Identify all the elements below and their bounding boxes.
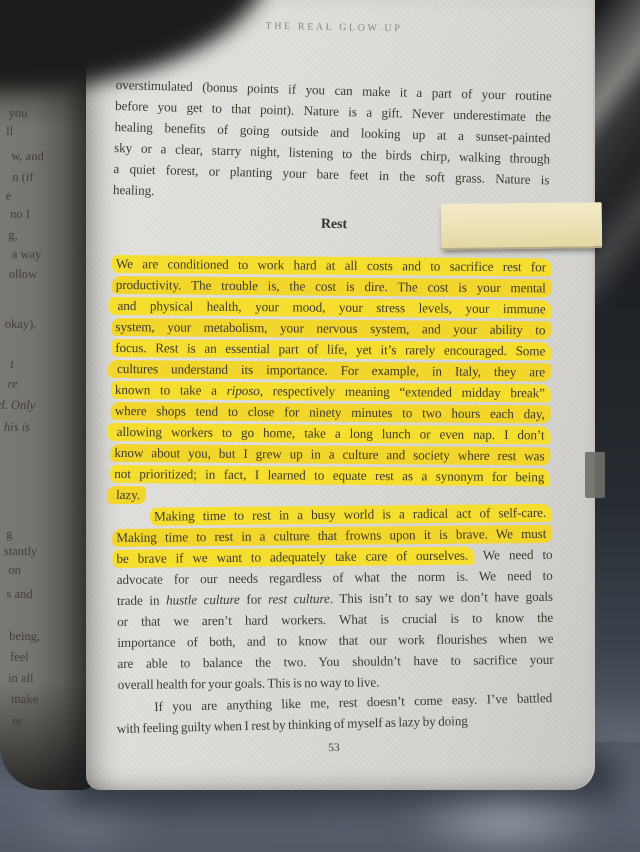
paragraph-rest-highlighted: We are conditioned to work hard at all c… bbox=[114, 253, 552, 508]
text-fragment: being, bbox=[9, 629, 40, 644]
text-fragment: on bbox=[8, 563, 21, 578]
highlight-stroke: focus. Rest is an essential part of life… bbox=[111, 339, 551, 360]
text-fragment: stantly bbox=[4, 544, 38, 559]
right-page: THE REAL GLOW UP overstimulated (bonus p… bbox=[86, 0, 595, 790]
highlight-stroke: productivity. The trouble is, the cost i… bbox=[112, 276, 552, 297]
text-fragment: d. Only bbox=[0, 398, 35, 414]
text-fragment: ll bbox=[6, 124, 13, 139]
text-fragment: his is bbox=[4, 420, 30, 435]
highlight-stroke: lazy. bbox=[107, 486, 146, 504]
highlight-stroke: know about you, but I grew up in a cultu… bbox=[110, 444, 550, 465]
text-segment: for bbox=[240, 592, 268, 607]
highlighted-line: not prioritized; in fact, I learned to e… bbox=[114, 463, 550, 487]
highlight-stroke: where shops tend to close for ninety min… bbox=[111, 402, 551, 423]
gray-edge-tab bbox=[585, 452, 605, 498]
text-fragment: a way bbox=[12, 247, 42, 262]
text-fragment: in all bbox=[8, 671, 34, 686]
text-fragment: you bbox=[9, 106, 28, 121]
highlight-stroke: system, your metabolism, your nervous sy… bbox=[111, 318, 551, 339]
text-fragment: feel bbox=[10, 650, 29, 665]
paragraph-nature: overstimulated (bonus points if you can … bbox=[113, 74, 552, 211]
page-number: 53 bbox=[116, 738, 552, 758]
highlight-stroke: cultures understand its importance. For … bbox=[108, 360, 551, 381]
highlight-stroke: be brave if we want to adequately take c… bbox=[112, 547, 474, 568]
book-photo: you ll w, and n (if e no I g, a way ollo… bbox=[0, 0, 640, 852]
paragraph-brave: Making time to rest in a busy world is a… bbox=[116, 502, 554, 695]
text-fragment: okay). bbox=[5, 317, 37, 332]
text-fragment: re bbox=[8, 377, 18, 392]
text-segment: We need to bbox=[474, 547, 553, 563]
highlight-stroke: We are conditioned to work hard at all c… bbox=[112, 255, 552, 276]
highlight-stroke: allowing workers to go home, take a long… bbox=[108, 423, 551, 444]
paragraph-guilt: If you are anything like me, rest doesn’… bbox=[116, 687, 553, 739]
text-fragment: or bbox=[12, 714, 23, 729]
text-fragment: make bbox=[11, 692, 38, 707]
italic-term: riposo bbox=[227, 383, 260, 398]
text-fragment: e bbox=[6, 189, 12, 204]
italic-term: hustle culture bbox=[166, 592, 240, 608]
text-segment: . This isn’t to say we don’t have goals bbox=[330, 589, 553, 606]
text-segment: trade in bbox=[117, 593, 166, 608]
text-fragment: s and bbox=[6, 587, 32, 602]
text-fragment: w, and bbox=[11, 149, 44, 164]
highlight-stroke: known to take a riposo, respectively mea… bbox=[111, 381, 551, 402]
text-fragment: g, bbox=[8, 228, 18, 243]
text-fragment: no I bbox=[10, 207, 30, 222]
text-fragment: g bbox=[6, 527, 12, 542]
highlight-stroke: and physical health, your mood, your str… bbox=[109, 297, 552, 318]
text-segment: known to take a bbox=[115, 382, 227, 398]
text-fragment: n (if bbox=[12, 170, 33, 185]
text-fragment: ollow bbox=[9, 267, 38, 282]
sticky-tab bbox=[441, 202, 602, 250]
italic-term: rest culture bbox=[268, 591, 330, 607]
text-fragment: t bbox=[10, 357, 14, 372]
highlight-stroke: not prioritized; in fact, I learned to e… bbox=[110, 465, 550, 486]
text-line: are able to balance the two. You shouldn… bbox=[117, 649, 553, 674]
text-segment: , respectively meaning “extended midday … bbox=[260, 383, 545, 400]
